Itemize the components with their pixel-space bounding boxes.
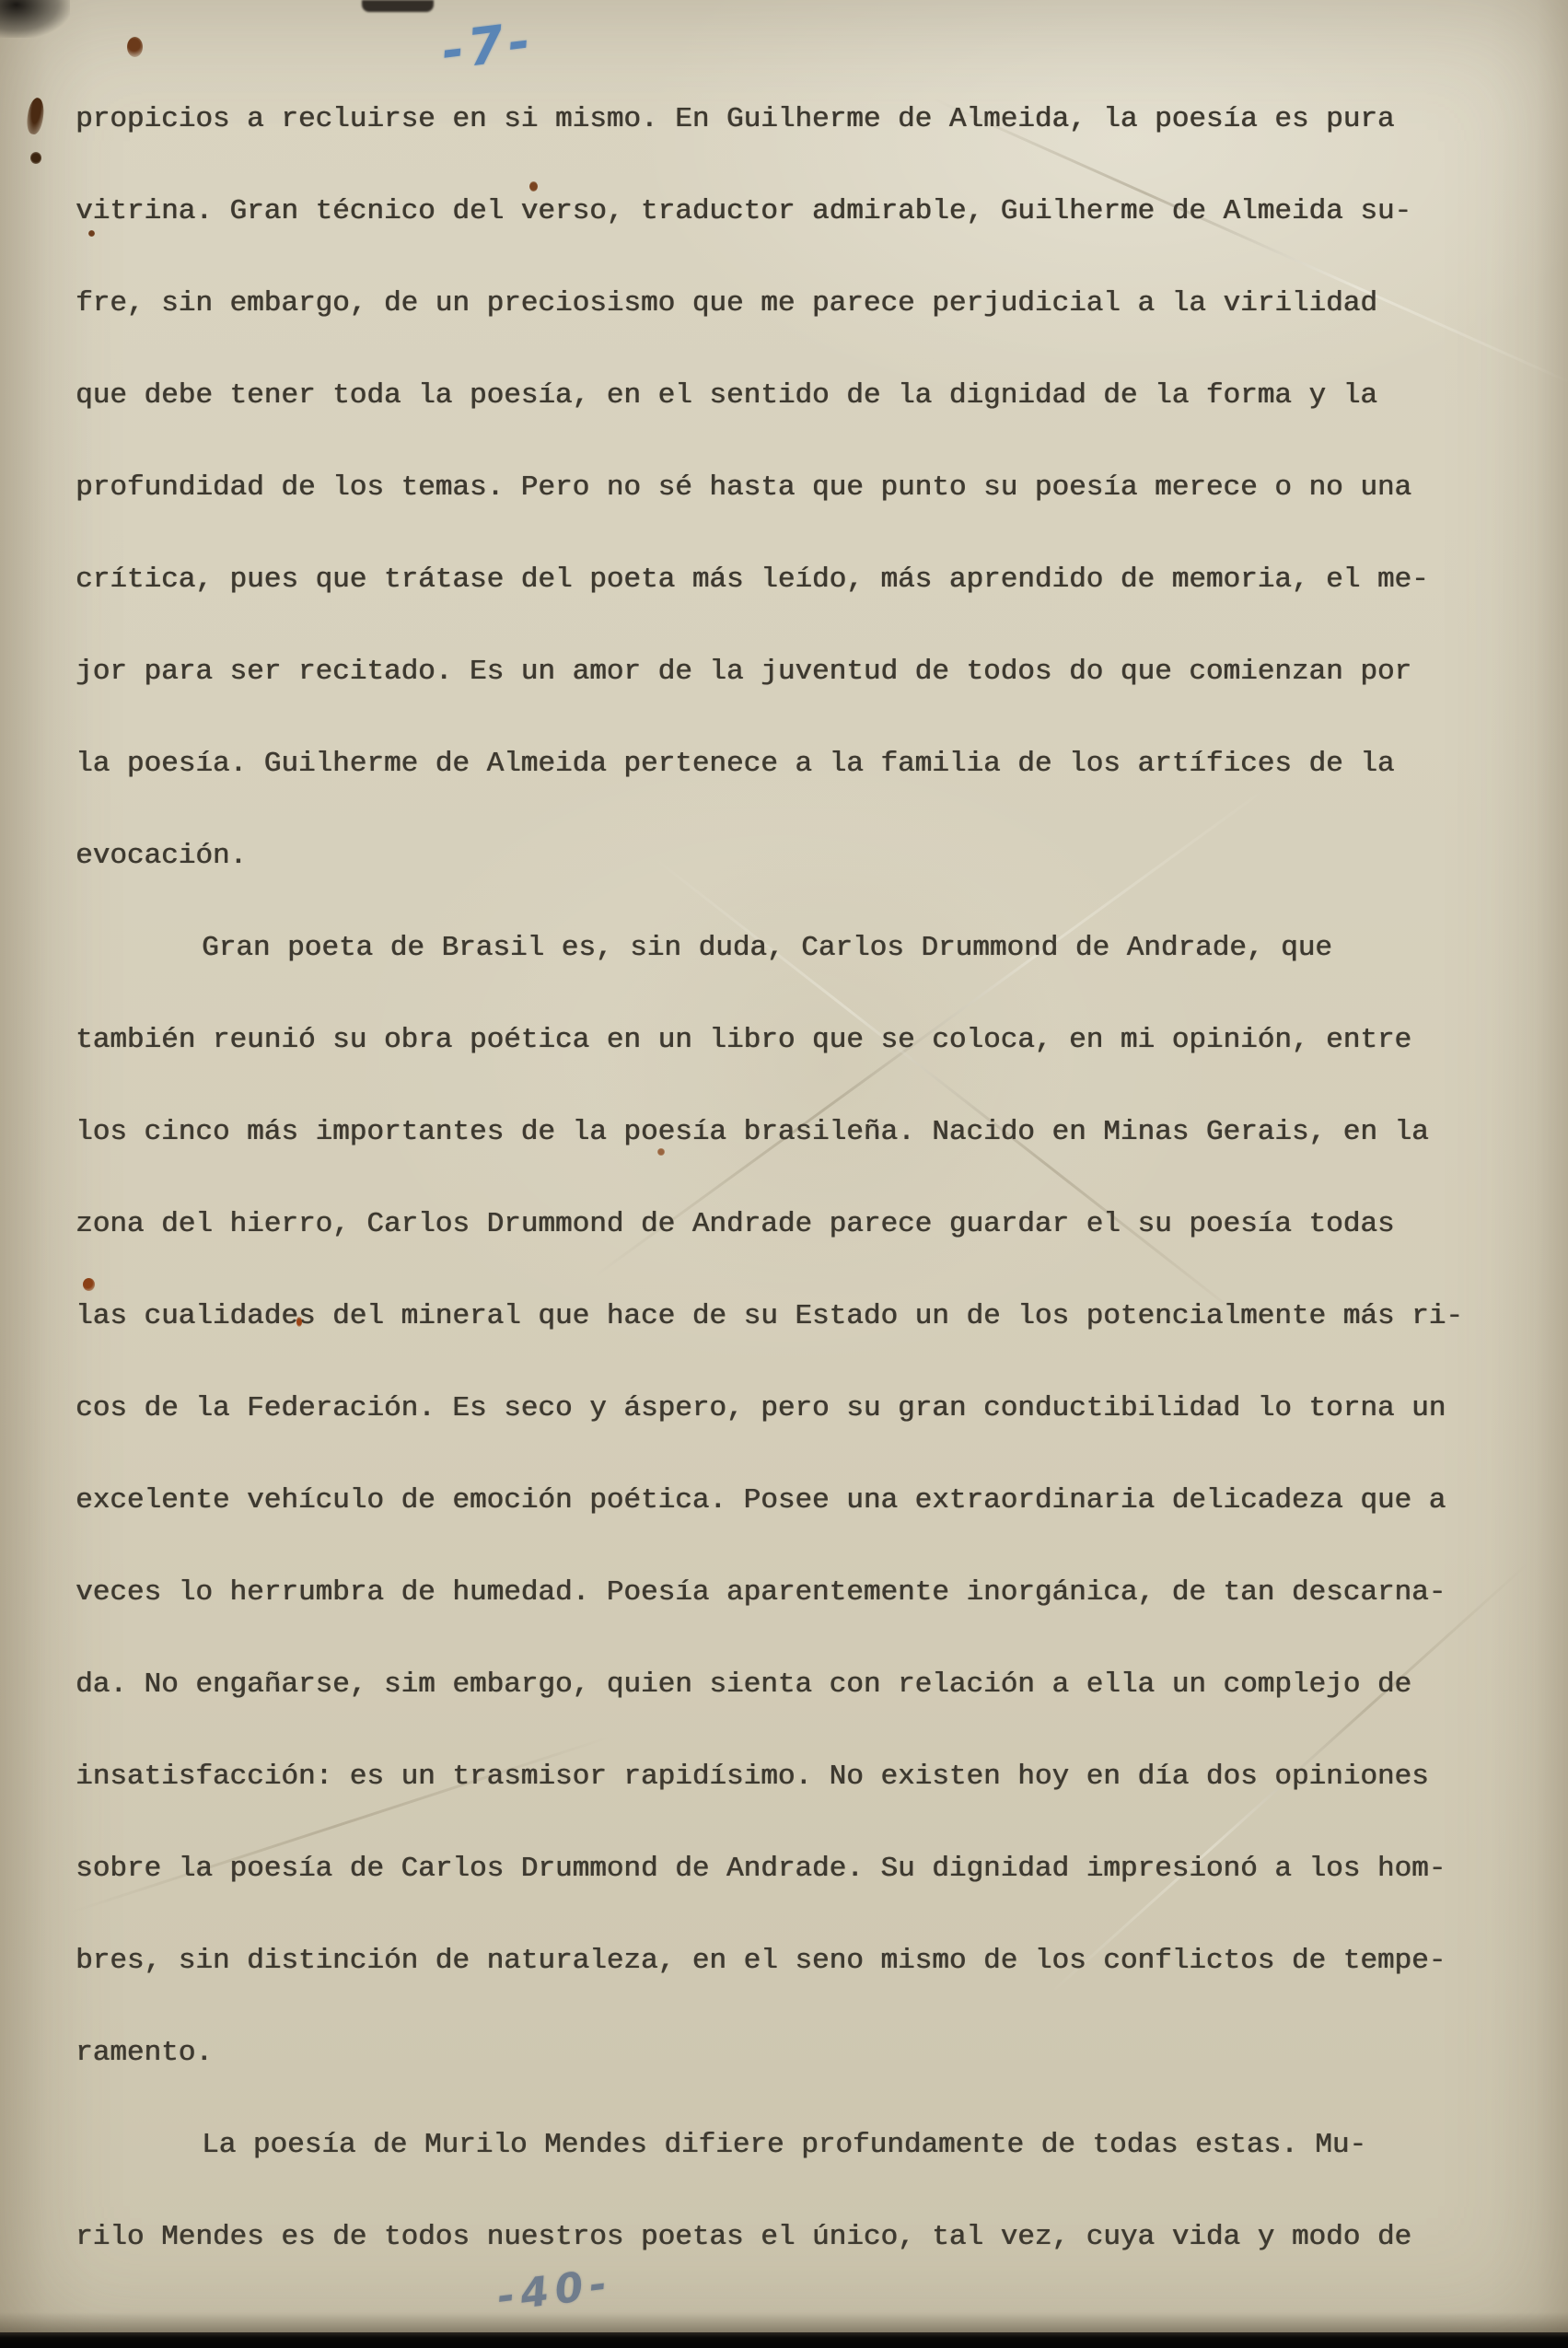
ink-speck (296, 1317, 302, 1327)
typed-line: que debe tener toda la poesía, en el sen… (75, 350, 1512, 442)
typed-line: rilo Mendes es de todos nuestros poetas … (75, 2191, 1512, 2284)
scan-bottom-black-band (0, 2332, 1568, 2348)
typed-line-paragraph-start: Gran poeta de Brasil es, sin duda, Carlo… (75, 902, 1512, 994)
typed-line: zona del hierro, Carlos Drummond de Andr… (75, 1179, 1512, 1271)
typed-line: propicios a recluirse en si mismo. En Gu… (75, 74, 1512, 166)
typed-line: la poesía. Guilherme de Almeida pertenec… (75, 718, 1512, 810)
scan-edge-smudge (362, 0, 434, 12)
ink-speck (529, 181, 538, 192)
manuscript-page: -7- propicios a recluirse en si mismo. E… (0, 0, 1568, 2348)
typed-line: profundidad de los temas. Pero no sé has… (75, 442, 1512, 534)
typed-line: bres, sin distinción de naturaleza, en e… (75, 1915, 1512, 2007)
typed-line: sobre la poesía de Carlos Drummond de An… (75, 1823, 1512, 1915)
typed-line: jor para ser recitado. Es un amor de la … (75, 626, 1512, 718)
handwritten-page-number-top: -7- (438, 11, 538, 82)
paper-bottom-edge-shadow (0, 2312, 1568, 2332)
typed-line: ramento. (75, 2007, 1512, 2099)
typed-line: excelente vehículo de emoción poética. P… (75, 1455, 1512, 1547)
ink-speck (127, 37, 143, 57)
ink-blot (25, 97, 45, 135)
ink-speck (657, 1148, 665, 1156)
typed-line: fre, sin embargo, de un preciosismo que … (75, 258, 1512, 350)
typed-line: veces lo herrumbra de humedad. Poesía ap… (75, 1547, 1512, 1639)
typed-line-paragraph-start: La poesía de Murilo Mendes difiere profu… (75, 2099, 1512, 2191)
ink-speck (88, 230, 95, 237)
ink-speck (83, 1278, 95, 1291)
typed-line: las cualidades del mineral que hace de s… (75, 1271, 1512, 1363)
typed-line: vitrina. Gran técnico del verso, traduct… (75, 166, 1512, 258)
scan-corner-smudge (0, 0, 70, 38)
typed-line: los cinco más importantes de la poesía b… (75, 1087, 1512, 1179)
typed-line: da. No engañarse, sim embargo, quien sie… (75, 1639, 1512, 1731)
typed-line: también reunió su obra poética en un lib… (75, 994, 1512, 1087)
typed-text-block: propicios a recluirse en si mismo. En Gu… (75, 74, 1512, 2284)
typed-line: crítica, pues que trátase del poeta más … (75, 534, 1512, 626)
typed-line: insatisfacción: es un trasmisor rapidísi… (75, 1731, 1512, 1823)
ink-blot (30, 152, 41, 164)
typed-line: evocación. (75, 810, 1512, 902)
typed-line: cos de la Federación. Es seco y áspero, … (75, 1363, 1512, 1455)
